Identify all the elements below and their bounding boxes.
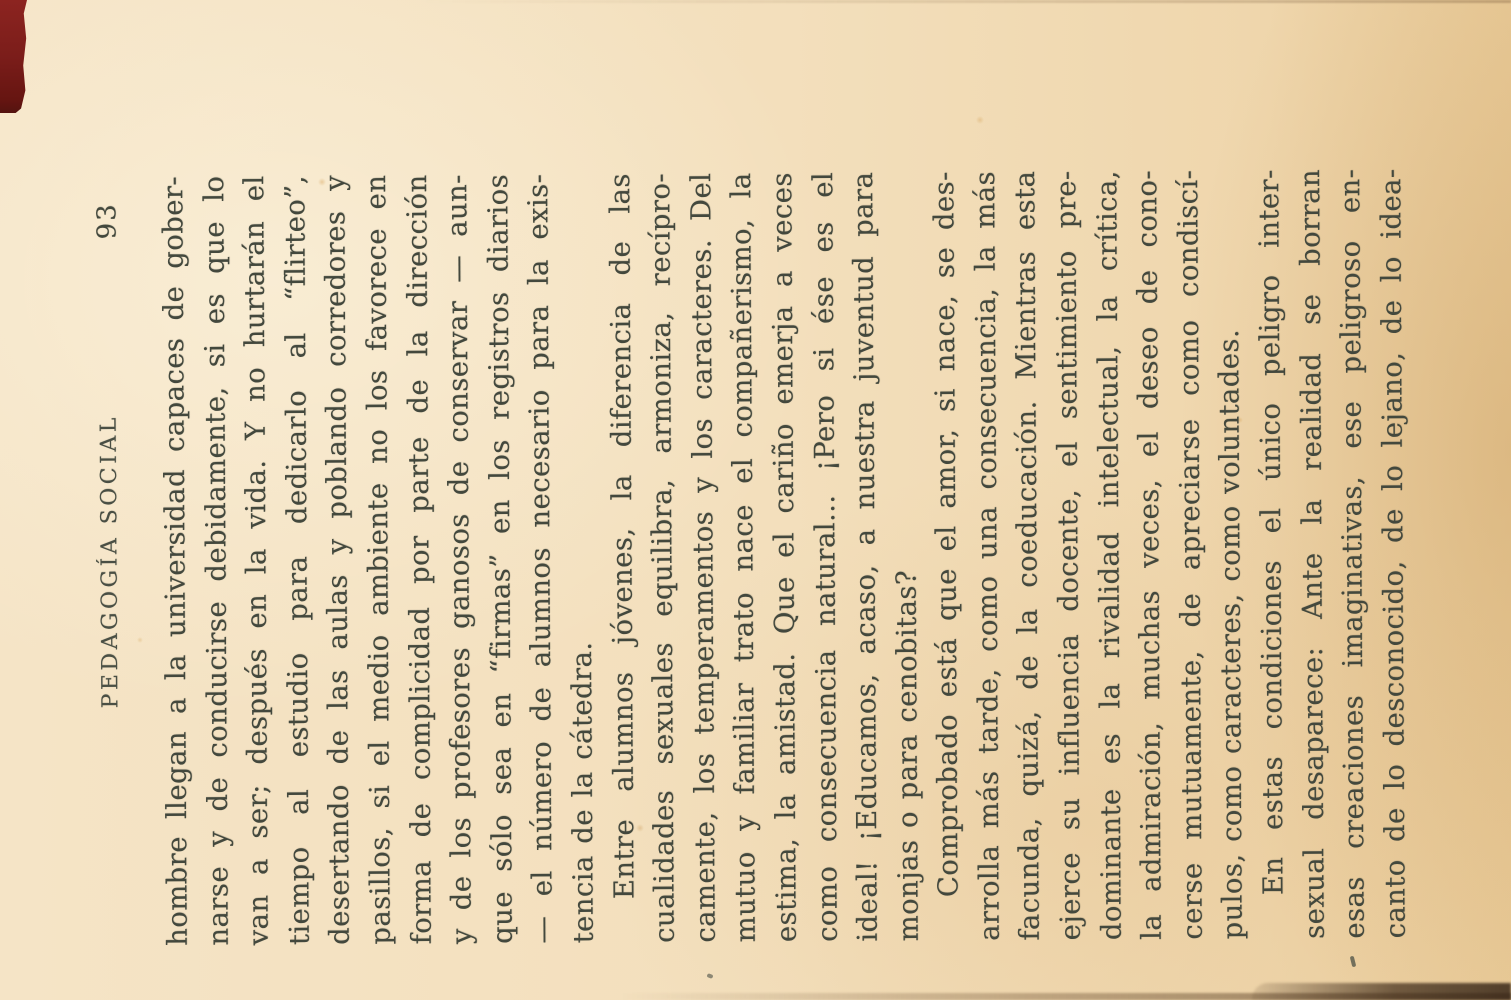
text-line-16: estima, la amistad. Que el cariño emerja… <box>762 172 807 942</box>
text-line-4: tiempo al estudio para dedicarlo al “fli… <box>275 175 320 945</box>
page-header: PEDAGOGÍA SOCIAL 93 <box>95 176 140 946</box>
text-line-21: arrolla más tarde, como una consecuencia… <box>965 171 1010 941</box>
text-line-20: Comprobado está que el amor, si nace, se… <box>924 171 969 941</box>
text-line-31: canto de lo desconocido, de lo lejano, d… <box>1371 168 1416 938</box>
text-line-11: tencia de la cátedra. <box>559 173 604 943</box>
text-line-25: la admiración, muchas veces, el deseo de… <box>1127 170 1172 940</box>
text-line-12: Entre alumnos jóvenes, la diferencia de … <box>600 173 645 943</box>
text-line-3: van a ser; después en la vida. Y no hurt… <box>234 175 279 945</box>
red-edge-mark <box>0 0 27 113</box>
page-number: 93 <box>92 202 122 239</box>
rotated-page: PEDAGOGÍA SOCIAL 93 hombre llegan a la u… <box>0 0 1511 1000</box>
text-line-13: cualidades sexuales equilibra, armoniza,… <box>640 173 685 943</box>
page-top-edge-shadow <box>420 0 1511 3</box>
text-line-30: esas creaciones imaginativas, ese peligr… <box>1330 169 1375 939</box>
text-line-6: pasillos, si el medio ambiente no los fa… <box>356 175 401 945</box>
text-line-8: y de los profesores ganosos de conservar… <box>437 174 482 944</box>
text-line-27: pulos, como caracteres, como voluntades. <box>1208 169 1253 939</box>
text-line-1: hombre llegan a la universidad capaces d… <box>153 176 198 946</box>
text-line-29: sexual desaparece: Ante la realidad se b… <box>1290 169 1335 939</box>
text-line-19: monjas o para cenobitas? <box>884 171 929 941</box>
text-line-14: camente, los temperamentos y los caracte… <box>681 173 726 943</box>
text-line-22: facunda, quizá, de la coeducación. Mient… <box>1006 171 1051 941</box>
text-line-24: dominante es la rivalidad intelectual, l… <box>1087 170 1132 940</box>
text-line-18: ideal! ¡Educamos, acaso, a nuestra juven… <box>843 172 888 942</box>
text-line-5: desertando de las aulas y poblando corre… <box>315 175 360 945</box>
running-title: PEDAGOGÍA SOCIAL <box>95 176 125 946</box>
book-page-scan: PEDAGOGÍA SOCIAL 93 hombre llegan a la u… <box>0 0 1511 1000</box>
text-line-7: forma de complicidad por parte de la dir… <box>397 174 442 944</box>
text-line-9: que sólo sea en “firmas” en los registro… <box>478 174 523 944</box>
text-block: hombre llegan a la universidad capaces d… <box>153 168 1416 946</box>
text-line-23: ejerce su influencia docente, el sentimi… <box>1046 170 1091 940</box>
text-line-17: como consecuencia natural... ¡Pero si és… <box>803 172 848 942</box>
text-line-26: cerse mutuamente, de apreciarse como con… <box>1168 170 1213 940</box>
text-line-2: narse y de conducirse debidamente, si es… <box>194 176 239 946</box>
page-corner-shadow <box>1252 983 1511 1000</box>
text-line-28: En estas condiciones el único peligro in… <box>1249 169 1294 939</box>
text-line-10: — el número de alumnos necesario para la… <box>518 174 563 944</box>
text-line-15: mutuo y familiar trato nace el compañeri… <box>721 172 766 942</box>
